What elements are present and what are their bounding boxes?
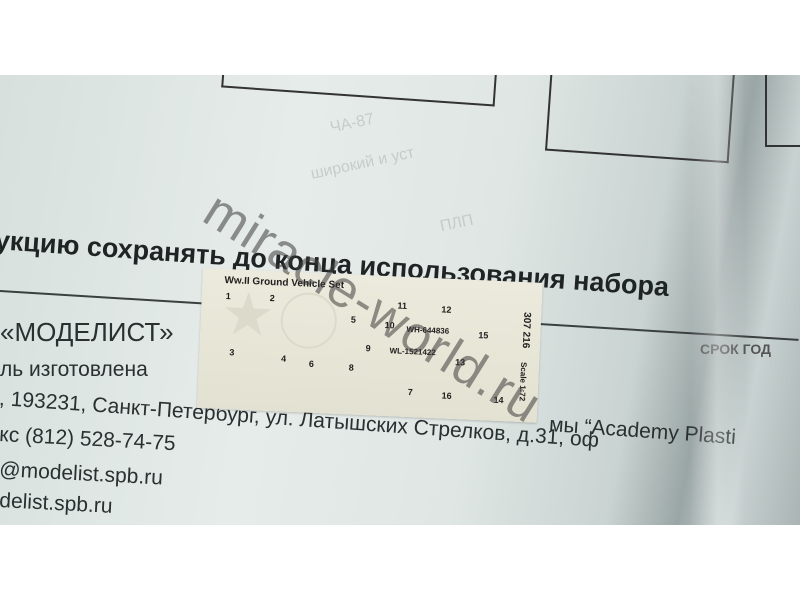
star-icon: ★ [219, 279, 276, 351]
website: delist.spb.ru [0, 489, 113, 519]
phone: кс (812) 528-74-75 [0, 423, 176, 456]
company-name: «МОДЕЛИСТ» [0, 317, 174, 348]
faded-text: широкий и уст [309, 144, 416, 184]
decal-number: 8 [349, 362, 354, 372]
decal-number: 3 [229, 347, 234, 357]
email: @modelist.spb.ru [0, 458, 163, 491]
diagram-box [765, 75, 800, 147]
made-line: ль изготовлена [0, 358, 148, 382]
decal-number: 6 [309, 359, 314, 369]
decal-number: 7 [408, 387, 413, 397]
plastic-glare [690, 75, 745, 525]
sheet-code: 307 216 [520, 312, 533, 349]
decal-number: 1 [226, 291, 231, 301]
decal-number: 9 [365, 343, 370, 353]
decal-number: 4 [281, 353, 286, 363]
decal-number: 2 [270, 293, 275, 303]
diagram-box [221, 75, 497, 107]
decal-number: 12 [441, 304, 451, 314]
faded-text: ЧА-87 [329, 111, 376, 138]
faded-text: ПЛП [438, 212, 475, 237]
